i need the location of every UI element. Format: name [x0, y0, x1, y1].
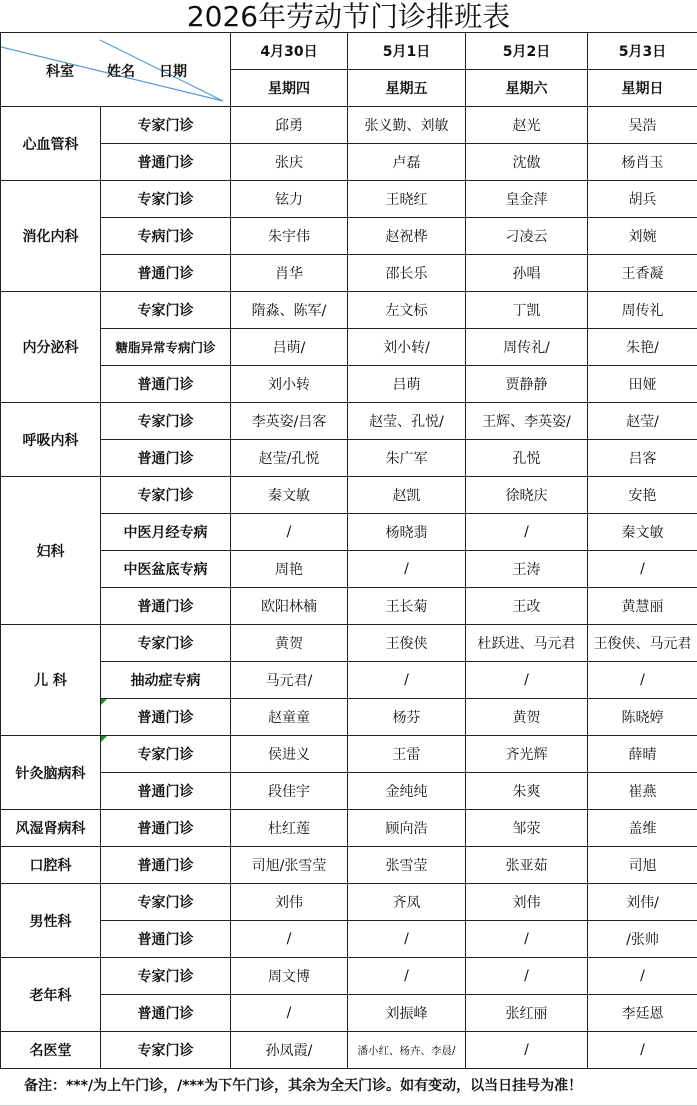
department-cell: 儿 科: [1, 625, 101, 736]
doctor-cell: 卢磊: [348, 144, 466, 181]
doctor-cell: /: [466, 958, 588, 995]
doctor-cell: 贾静静: [466, 366, 588, 403]
doctor-cell: 秦文敏: [231, 477, 348, 514]
doctor-cell: 王长菊: [348, 588, 466, 625]
doctor-cell: /: [588, 958, 697, 995]
clinic-type-cell: 普通门诊: [101, 921, 231, 958]
doctor-cell: 杨肖玉: [588, 144, 697, 181]
doctor-cell: 左文标: [348, 292, 466, 329]
doctor-cell: 胡兵: [588, 181, 697, 218]
table-row: 心血管科专家门诊邱勇张义勤、刘敏赵光吴浩: [1, 107, 697, 144]
doctor-cell: 赵莹、孔悦/: [348, 403, 466, 440]
doctor-cell: 王香凝: [588, 255, 697, 292]
table-row: 普通门诊////张帅: [1, 921, 697, 958]
clinic-type-cell: 专家门诊: [101, 1032, 231, 1069]
doctor-cell: 薛晴: [588, 736, 697, 773]
table-row: 中医月经专病/杨晓翡/秦文敏: [1, 514, 697, 551]
doctor-cell: /: [348, 551, 466, 588]
doctor-cell: 安艳: [588, 477, 697, 514]
table-row: 消化内科专家门诊铉力王晓红皇金萍胡兵: [1, 181, 697, 218]
doctor-cell: 金纯纯: [348, 773, 466, 810]
date-header: 4月30日: [231, 33, 348, 70]
doctor-cell: /: [348, 958, 466, 995]
doctor-cell: 王俊侠: [348, 625, 466, 662]
clinic-type-cell: 专家门诊: [101, 625, 231, 662]
table-row: 呼吸内科专家门诊李英姿/吕客赵莹、孔悦/王辉、李英姿/赵莹/: [1, 403, 697, 440]
table-row: 儿 科专家门诊黄贺王俊侠杜跃进、马元君王俊侠、马元君: [1, 625, 697, 662]
doctor-cell: 刘小转: [231, 366, 348, 403]
department-cell: 消化内科: [1, 181, 101, 292]
table-row: 普通门诊/刘振峰张红丽李廷恩: [1, 995, 697, 1032]
clinic-type-cell: 专家门诊: [101, 884, 231, 921]
table-row: 中医盆底专病周艳/王涛/: [1, 551, 697, 588]
doctor-cell: /: [588, 662, 697, 699]
department-cell: 呼吸内科: [1, 403, 101, 477]
clinic-type-cell: 普通门诊: [101, 144, 231, 181]
table-row: 妇科专家门诊秦文敏赵凯徐晓庆安艳: [1, 477, 697, 514]
department-cell: 老年科: [1, 958, 101, 1032]
corner-header-cell: 科室 姓名 日期: [1, 33, 231, 107]
clinic-type-cell: 专家门诊: [101, 736, 231, 773]
doctor-cell: /: [466, 1032, 588, 1069]
clinic-type-cell: 专病门诊: [101, 218, 231, 255]
doctor-cell: 刁凌云: [466, 218, 588, 255]
doctor-cell: 陈晓婷: [588, 699, 697, 736]
doctor-cell: 王俊侠、马元君: [588, 625, 697, 662]
doctor-cell: 张红丽: [466, 995, 588, 1032]
doctor-cell: 张雪莹: [348, 847, 466, 884]
doctor-cell: 刘振峰: [348, 995, 466, 1032]
doctor-cell: 潘小红、杨卉、李晨/: [348, 1032, 466, 1069]
doctor-cell: /: [348, 662, 466, 699]
doctor-cell: 丁凯: [466, 292, 588, 329]
table-row: 针灸脑病科专家门诊侯进义王雷齐光辉薛晴: [1, 736, 697, 773]
doctor-cell: 侯进义: [231, 736, 348, 773]
clinic-type-cell: 普通门诊: [101, 255, 231, 292]
doctor-cell: 刘伟/: [588, 884, 697, 921]
doctor-cell: 顾向浩: [348, 810, 466, 847]
table-row: 口腔科普通门诊司旭/张雪莹张雪莹张亚茹司旭: [1, 847, 697, 884]
doctor-cell: 朱艳/: [588, 329, 697, 366]
department-cell: 口腔科: [1, 847, 101, 884]
department-cell: 妇科: [1, 477, 101, 625]
doctor-cell: 赵光: [466, 107, 588, 144]
corner-name-label: 姓名: [107, 61, 135, 81]
clinic-type-cell: 普通门诊: [101, 810, 231, 847]
doctor-cell: 徐晓庆: [466, 477, 588, 514]
doctor-cell: 邵长乐: [348, 255, 466, 292]
doctor-cell: 王辉、李英姿/: [466, 403, 588, 440]
clinic-type-cell: 专家门诊: [101, 477, 231, 514]
doctor-cell: /: [231, 995, 348, 1032]
doctor-cell: 周艳: [231, 551, 348, 588]
footnote: 备注：***/为上午门诊，/***为下午门诊，其余为全天门诊。如有变动，以当日挂…: [0, 1069, 697, 1106]
doctor-cell: /: [231, 921, 348, 958]
doctor-cell: 吴浩: [588, 107, 697, 144]
doctor-cell: 司旭/张雪莹: [231, 847, 348, 884]
doctor-cell: 周文博: [231, 958, 348, 995]
clinic-type-cell: 普通门诊: [101, 847, 231, 884]
doctor-cell: 吕萌/: [231, 329, 348, 366]
weekday-header: 星期日: [588, 70, 697, 107]
doctor-cell: 刘婉: [588, 218, 697, 255]
doctor-cell: 杜红莲: [231, 810, 348, 847]
doctor-cell: 孙凤霞/: [231, 1032, 348, 1069]
weekday-header: 星期五: [348, 70, 466, 107]
date-header: 5月1日: [348, 33, 466, 70]
doctor-cell: 杜跃进、马元君: [466, 625, 588, 662]
doctor-cell: 杨芬: [348, 699, 466, 736]
doctor-cell: 朱宇伟: [231, 218, 348, 255]
doctor-cell: 黄慧丽: [588, 588, 697, 625]
doctor-cell: 邱勇: [231, 107, 348, 144]
doctor-cell: 赵莹/: [588, 403, 697, 440]
doctor-cell: /张帅: [588, 921, 697, 958]
doctor-cell: 欧阳林楠: [231, 588, 348, 625]
doctor-cell: 司旭: [588, 847, 697, 884]
department-cell: 男性科: [1, 884, 101, 958]
clinic-type-cell: 专家门诊: [101, 107, 231, 144]
clinic-type-cell: 普通门诊: [101, 773, 231, 810]
department-cell: 心血管科: [1, 107, 101, 181]
clinic-type-cell: 普通门诊: [101, 588, 231, 625]
table-row: 普通门诊赵童童杨芬黄贺陈晓婷: [1, 699, 697, 736]
doctor-cell: 肖华: [231, 255, 348, 292]
doctor-cell: 张义勤、刘敏: [348, 107, 466, 144]
doctor-cell: 刘伟: [466, 884, 588, 921]
corner-dept-label: 科室: [46, 61, 74, 81]
doctor-cell: 周传礼/: [466, 329, 588, 366]
table-row: 普通门诊张庆卢磊沈傲杨肖玉: [1, 144, 697, 181]
department-cell: 名医堂: [1, 1032, 101, 1069]
clinic-type-cell: 专家门诊: [101, 292, 231, 329]
doctor-cell: 刘小转/: [348, 329, 466, 366]
doctor-cell: 田娅: [588, 366, 697, 403]
doctor-cell: 孔悦: [466, 440, 588, 477]
table-row: 普通门诊段佳宇金纯纯朱爽崔燕: [1, 773, 697, 810]
doctor-cell: 盖维: [588, 810, 697, 847]
doctor-cell: 张亚茹: [466, 847, 588, 884]
doctor-cell: 杨晓翡: [348, 514, 466, 551]
doctor-cell: 李英姿/吕客: [231, 403, 348, 440]
table-row: 内分泌科专家门诊隋淼、陈军/左文标丁凯周传礼: [1, 292, 697, 329]
clinic-type-cell: 中医月经专病: [101, 514, 231, 551]
clinic-type-cell: 普通门诊: [101, 995, 231, 1032]
clinic-type-cell: 普通门诊: [101, 699, 231, 736]
department-cell: 针灸脑病科: [1, 736, 101, 810]
doctor-cell: /: [231, 514, 348, 551]
doctor-cell: 王雷: [348, 736, 466, 773]
table-row: 男性科专家门诊刘伟齐凤刘伟刘伟/: [1, 884, 697, 921]
doctor-cell: 铉力: [231, 181, 348, 218]
doctor-cell: 皇金萍: [466, 181, 588, 218]
date-header: 5月2日: [466, 33, 588, 70]
doctor-cell: 齐凤: [348, 884, 466, 921]
doctor-cell: 黄贺: [231, 625, 348, 662]
doctor-cell: 王晓红: [348, 181, 466, 218]
doctor-cell: 马元君/: [231, 662, 348, 699]
clinic-type-cell: 普通门诊: [101, 366, 231, 403]
doctor-cell: 刘伟: [231, 884, 348, 921]
doctor-cell: 黄贺: [466, 699, 588, 736]
clinic-type-cell: 专家门诊: [101, 958, 231, 995]
table-row: 名医堂专家门诊孙凤霞/潘小红、杨卉、李晨///: [1, 1032, 697, 1069]
doctor-cell: 赵童童: [231, 699, 348, 736]
doctor-cell: 赵祝桦: [348, 218, 466, 255]
header-row-dates: 科室 姓名 日期 4月30日 5月1日 5月2日 5月3日: [1, 33, 697, 70]
doctor-cell: 段佳宇: [231, 773, 348, 810]
table-row: 老年科专家门诊周文博///: [1, 958, 697, 995]
doctor-cell: 周传礼: [588, 292, 697, 329]
doctor-cell: 隋淼、陈军/: [231, 292, 348, 329]
clinic-type-cell: 普通门诊: [101, 440, 231, 477]
doctor-cell: /: [466, 921, 588, 958]
table-row: 普通门诊肖华邵长乐孙唱王香凝: [1, 255, 697, 292]
table-row: 普通门诊刘小转吕萌贾静静田娅: [1, 366, 697, 403]
doctor-cell: 沈傲: [466, 144, 588, 181]
clinic-type-cell: 抽动症专病: [101, 662, 231, 699]
table-row: 糖脂异常专病门诊吕萌/刘小转/周传礼/朱艳/: [1, 329, 697, 366]
doctor-cell: 张庆: [231, 144, 348, 181]
doctor-cell: 孙唱: [466, 255, 588, 292]
table-row: 风湿肾病科普通门诊杜红莲顾向浩邹荥盖维: [1, 810, 697, 847]
table-row: 普通门诊欧阳林楠王长菊王改黄慧丽: [1, 588, 697, 625]
doctor-cell: /: [588, 1032, 697, 1069]
clinic-type-cell: 糖脂异常专病门诊: [101, 329, 231, 366]
date-header: 5月3日: [588, 33, 697, 70]
doctor-cell: /: [588, 551, 697, 588]
clinic-type-cell: 专家门诊: [101, 181, 231, 218]
corner-date-label: 日期: [159, 61, 187, 81]
weekday-header: 星期四: [231, 70, 348, 107]
doctor-cell: /: [466, 514, 588, 551]
doctor-cell: 邹荥: [466, 810, 588, 847]
doctor-cell: 吕萌: [348, 366, 466, 403]
doctor-cell: 吕客: [588, 440, 697, 477]
page-title: 2026年劳动节门诊排班表: [0, 0, 697, 32]
table-row: 普通门诊赵莹/孔悦朱广军孔悦吕客: [1, 440, 697, 477]
doctor-cell: 秦文敏: [588, 514, 697, 551]
department-cell: 风湿肾病科: [1, 810, 101, 847]
clinic-type-cell: 中医盆底专病: [101, 551, 231, 588]
doctor-cell: /: [466, 662, 588, 699]
clinic-type-cell: 专家门诊: [101, 403, 231, 440]
doctor-cell: 齐光辉: [466, 736, 588, 773]
doctor-cell: 赵凯: [348, 477, 466, 514]
doctor-cell: 朱爽: [466, 773, 588, 810]
doctor-cell: 朱广军: [348, 440, 466, 477]
doctor-cell: 赵莹/孔悦: [231, 440, 348, 477]
doctor-cell: 崔燕: [588, 773, 697, 810]
doctor-cell: 王涛: [466, 551, 588, 588]
doctor-cell: 李廷恩: [588, 995, 697, 1032]
table-row: 抽动症专病马元君////: [1, 662, 697, 699]
weekday-header: 星期六: [466, 70, 588, 107]
table-row: 专病门诊朱宇伟赵祝桦刁凌云刘婉: [1, 218, 697, 255]
schedule-table: 科室 姓名 日期 4月30日 5月1日 5月2日 5月3日 星期四 星期五 星期…: [0, 32, 697, 1069]
doctor-cell: /: [348, 921, 466, 958]
department-cell: 内分泌科: [1, 292, 101, 403]
doctor-cell: 王改: [466, 588, 588, 625]
